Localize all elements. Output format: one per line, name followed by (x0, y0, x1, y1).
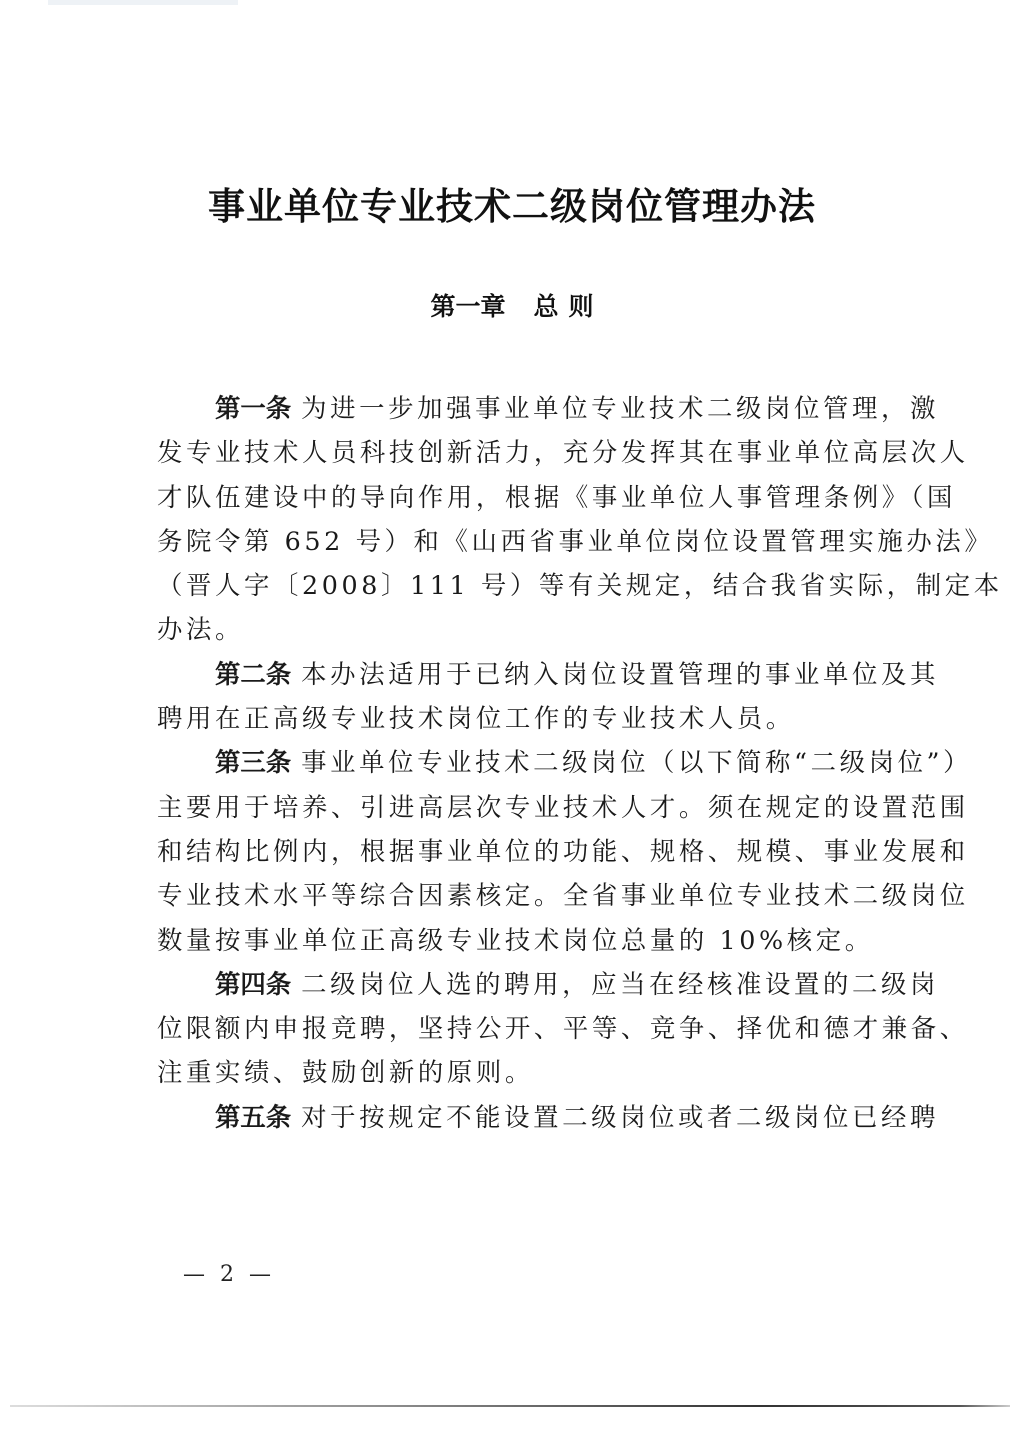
article-label: 第一条 (215, 393, 291, 423)
article-line: 注重实绩、鼓励创新的原则。 (157, 1050, 914, 1094)
page-bottom-edge (10, 1405, 1010, 1407)
article-line: 务院令第 652 号）和《山西省事业单位岗位设置管理实施办法》 (157, 519, 914, 563)
article-line: 发专业技术人员科技创新活力，充分发挥其在事业单位高层次人 (157, 430, 914, 474)
article-line: 位限额内申报竞聘，坚持公开、平等、竞争、择优和德才兼备、 (157, 1006, 914, 1050)
article-line: 二级岗位人选的聘用，应当在经核准设置的二级岗 (301, 969, 939, 999)
article-line: 专业技术水平等综合因素核定。全省事业单位专业技术二级岗位 (157, 873, 914, 917)
article-line: 本办法适用于已纳入岗位设置管理的事业单位及其 (301, 659, 939, 689)
scan-artifact (48, 0, 238, 5)
article-label: 第二条 (215, 659, 291, 689)
article-4: 第四条二级岗位人选的聘用，应当在经核准设置的二级岗 位限额内申报竞聘，坚持公开、… (157, 962, 914, 1095)
article-line: 聘用在正高级专业技术岗位工作的专业技术人员。 (157, 696, 914, 740)
article-line: 和结构比例内，根据事业单位的功能、规格、规模、事业发展和 (157, 829, 914, 873)
article-line: 对于按规定不能设置二级岗位或者二级岗位已经聘 (301, 1102, 939, 1132)
article-label: 第三条 (215, 747, 291, 777)
article-line: 为进一步加强事业单位专业技术二级岗位管理，激 (301, 393, 939, 423)
article-1: 第一条为进一步加强事业单位专业技术二级岗位管理，激 发专业技术人员科技创新活力，… (157, 386, 914, 652)
chapter-name-part1: 总 (533, 292, 558, 321)
article-line: 事业单位专业技术二级岗位（以下简称“二级岗位”） (301, 747, 972, 777)
article-3: 第三条事业单位专业技术二级岗位（以下简称“二级岗位”） 主要用于培养、引进高层次… (157, 740, 914, 961)
article-line: （晋人字〔2008〕111 号）等有关规定，结合我省实际，制定本 (157, 563, 914, 607)
chapter-heading: 第一章总则 (0, 287, 1024, 323)
article-5: 第五条对于按规定不能设置二级岗位或者二级岗位已经聘 (157, 1095, 914, 1139)
article-line: 数量按事业单位正高级专业技术岗位总量的 10%核定。 (157, 918, 914, 962)
article-line: 主要用于培养、引进高层次专业技术人才。须在规定的设置范围 (157, 785, 914, 829)
chapter-name-part2: 则 (569, 292, 594, 321)
document-body: 第一条为进一步加强事业单位专业技术二级岗位管理，激 发专业技术人员科技创新活力，… (157, 386, 914, 1139)
article-label: 第四条 (215, 969, 291, 999)
chapter-number: 第一章 (430, 292, 505, 321)
document-title: 事业单位专业技术二级岗位管理办法 (0, 176, 1024, 230)
article-line: 才队伍建设中的导向作用，根据《事业单位人事管理条例》（国 (157, 475, 914, 519)
article-label: 第五条 (215, 1102, 291, 1132)
article-line: 办法。 (157, 607, 914, 651)
document-page: 事业单位专业技术二级岗位管理办法 第一章总则 第一条为进一步加强事业单位专业技术… (0, 0, 1024, 1446)
article-2: 第二条本办法适用于已纳入岗位设置管理的事业单位及其 聘用在正高级专业技术岗位工作… (157, 652, 914, 741)
page-number: — 2 — (183, 1262, 275, 1287)
